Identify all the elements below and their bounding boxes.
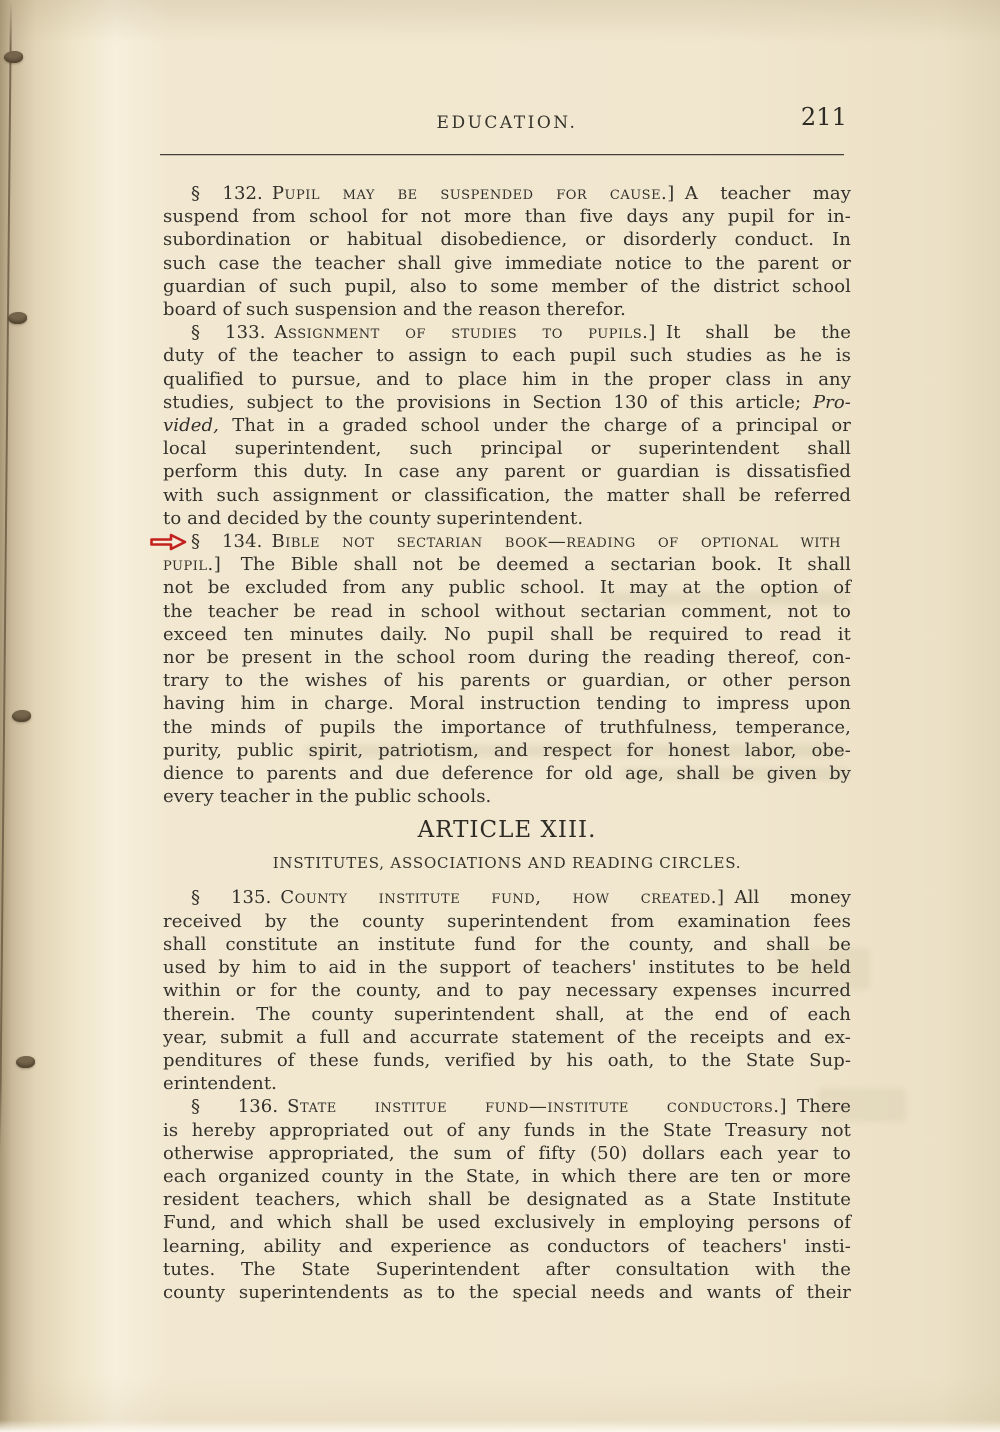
text-line: with such assignment or classification, … bbox=[163, 484, 851, 507]
section-opening-line: § 133.Assignment of studies to pupils.]I… bbox=[163, 321, 851, 344]
text-line: duty of the teacher to assign to each pu… bbox=[163, 344, 851, 367]
section-number: § 132. bbox=[191, 183, 263, 204]
text-line: resident teachers, which shall be design… bbox=[163, 1188, 851, 1211]
binding-stitch-knot bbox=[4, 51, 23, 63]
page-text-block: EDUCATION. 211 § 132.Pupil may be suspen… bbox=[163, 112, 851, 1304]
section-heading: Bible not sectarian book—reading of opti… bbox=[271, 531, 841, 552]
text-line: county superintendents as to the special… bbox=[163, 1281, 851, 1304]
binding-stitch-knot bbox=[16, 1056, 35, 1068]
running-title: EDUCATION. bbox=[163, 112, 851, 135]
section-number: § 136. bbox=[191, 1096, 278, 1117]
section-heading-carry: pupil.] bbox=[163, 554, 221, 575]
section-heading: Pupil may be suspended for cause.] bbox=[272, 183, 675, 204]
section-number: § 133. bbox=[191, 322, 266, 343]
text-line: shall constitute an institute fund for t… bbox=[163, 933, 851, 956]
section-132: § 132.Pupil may be suspended for cause.]… bbox=[163, 182, 851, 321]
text-line: Fund, and which shall be used exclusivel… bbox=[163, 1211, 851, 1234]
section-number: § 134. bbox=[191, 531, 262, 552]
text-line: local superintendent, such principal or … bbox=[163, 437, 851, 460]
text-line: within or for the county, and to pay nec… bbox=[163, 979, 851, 1002]
text-line: therein. The county superintendent shall… bbox=[163, 1003, 851, 1026]
section-lead-text: The Bible shall not be deemed a sectaria… bbox=[241, 554, 851, 575]
text-line: purity, public spirit, patriotism, and r… bbox=[163, 739, 851, 762]
page-bottom-edge bbox=[0, 1420, 1000, 1432]
section-136: § 136.State institue fund—institute cond… bbox=[163, 1095, 851, 1304]
text-line: erintendent. bbox=[163, 1072, 851, 1095]
section-body-lines: duty of the teacher to assign to each pu… bbox=[163, 344, 851, 390]
book-page-scan: EDUCATION. 211 § 132.Pupil may be suspen… bbox=[0, 0, 1000, 1432]
section-heading-carry-line: pupil.] The Bible shall not be deemed a … bbox=[163, 553, 851, 576]
text-line: learning, ability and experience as cond… bbox=[163, 1235, 851, 1258]
text-line: guardian of such pupil, also to some mem… bbox=[163, 275, 851, 298]
text-line: received by the county superintendent fr… bbox=[163, 910, 851, 933]
text-line: not be excluded from any public school. … bbox=[163, 576, 851, 599]
section-body-lines: not be excluded from any public school. … bbox=[163, 576, 851, 808]
text-line: otherwise appropriated, the sum of fifty… bbox=[163, 1142, 851, 1165]
text-line: trary to the wishes of his parents or gu… bbox=[163, 669, 851, 692]
section-body-lines: suspend from school for not more than fi… bbox=[163, 205, 851, 321]
section-opening-line: § 132.Pupil may be suspended for cause.]… bbox=[163, 182, 851, 205]
section-lead-text: All money bbox=[735, 887, 851, 908]
text-line: dience to parents and due deference for … bbox=[163, 762, 851, 785]
binding-stitch-knot bbox=[8, 312, 27, 324]
article-title: ARTICLE XIII. bbox=[163, 815, 851, 845]
italic-text-segment: Pro- bbox=[813, 392, 851, 413]
text-line: perform this duty. In case any parent or… bbox=[163, 460, 851, 483]
text-line: each organized county in the State, in w… bbox=[163, 1165, 851, 1188]
text-line: exceed ten minutes daily. No pupil shall… bbox=[163, 623, 851, 646]
text-segment: That in a graded school under the charge… bbox=[232, 415, 851, 436]
text-line: such case the teacher shall give immedia… bbox=[163, 252, 851, 275]
text-line: having him in charge. Moral instruction … bbox=[163, 692, 851, 715]
section-body-lines: received by the county superintendent fr… bbox=[163, 910, 851, 1096]
section-body-lines: local superintendent, such principal or … bbox=[163, 437, 851, 530]
section-number: § 135. bbox=[191, 887, 271, 908]
section-heading: Assignment of studies to pupils.] bbox=[275, 322, 656, 343]
section-lead-text: It shall be the bbox=[666, 322, 851, 343]
text-line: year, submit a full and accurrate statem… bbox=[163, 1026, 851, 1049]
article-subtitle: INSTITUTES, ASSOCIATIONS AND READING CIR… bbox=[163, 854, 851, 873]
italic-text-segment: vided, bbox=[163, 415, 219, 436]
section-body-lines: is hereby appropriated out of any funds … bbox=[163, 1119, 851, 1305]
article-heading: ARTICLE XIII. INSTITUTES, ASSOCIATIONS A… bbox=[163, 815, 851, 873]
section-opening-line: § 136.State institue fund—institute cond… bbox=[163, 1095, 851, 1118]
text-segment: studies, subject to the provisions in Se… bbox=[163, 392, 801, 413]
text-line: nor be present in the school room during… bbox=[163, 646, 851, 669]
section-heading: County institute fund, how created.] bbox=[280, 887, 724, 908]
page-number: 211 bbox=[801, 106, 847, 129]
section-heading: State institue fund—institute conductors… bbox=[287, 1096, 787, 1117]
text-line: used by him to aid in the support of tea… bbox=[163, 956, 851, 979]
text-line: the minds of pupils the importance of tr… bbox=[163, 716, 851, 739]
text-line: suspend from school for not more than fi… bbox=[163, 205, 851, 228]
text-line: qualified to pursue, and to place him in… bbox=[163, 368, 851, 391]
red-arrow-annotation-icon bbox=[150, 533, 187, 551]
section-135: § 135.County institute fund, how created… bbox=[163, 886, 851, 1095]
header-rule bbox=[160, 154, 844, 155]
text-line: to and decided by the county superintend… bbox=[163, 507, 851, 530]
binding-thread bbox=[0, 2, 12, 1152]
text-line: tutes. The State Superintendent after co… bbox=[163, 1258, 851, 1281]
text-line: studies, subject to the provisions in Se… bbox=[163, 391, 851, 414]
text-line: the teacher be read in school without se… bbox=[163, 600, 851, 623]
text-line: board of such suspension and the reason … bbox=[163, 298, 851, 321]
section-lead-text: A teacher may bbox=[685, 183, 851, 204]
section-lead-text: There bbox=[797, 1096, 851, 1117]
text-line: is hereby appropriated out of any funds … bbox=[163, 1119, 851, 1142]
text-line: vided, That in a graded school under the… bbox=[163, 414, 851, 437]
section-133: § 133.Assignment of studies to pupils.]I… bbox=[163, 321, 851, 530]
text-line: penditures of these funds, verified by h… bbox=[163, 1049, 851, 1072]
binding-stitch-knot bbox=[12, 710, 31, 722]
section-134: § 134.Bible not sectarian book—reading o… bbox=[163, 530, 851, 808]
text-line: every teacher in the public schools. bbox=[163, 785, 851, 808]
section-opening-line: § 134.Bible not sectarian book—reading o… bbox=[163, 530, 851, 553]
text-line: subordination or habitual disobedience, … bbox=[163, 228, 851, 251]
section-opening-line: § 135.County institute fund, how created… bbox=[163, 886, 851, 909]
page-header: EDUCATION. 211 bbox=[163, 112, 851, 138]
